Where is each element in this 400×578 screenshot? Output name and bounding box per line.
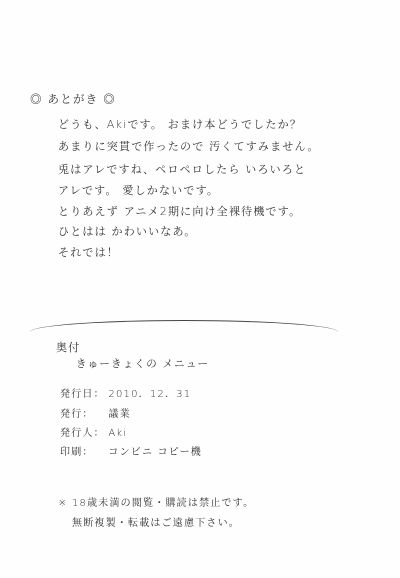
section-divider (30, 320, 338, 335)
info-label: 発行： (60, 405, 104, 420)
colophon-row-issuer: 発行人： Aki (60, 424, 127, 439)
book-title: きゅーきょくの メニュー (76, 356, 209, 371)
info-label: 印刷： (60, 443, 104, 458)
afterword-line: あまりに突貫で作ったので 汚くてすみません。 (58, 138, 320, 154)
copyright-notice: 無断複製・転載はご遠慮下さい。 (72, 514, 240, 529)
colophon-row-printing: 印刷： コンビニ コピー機 (60, 443, 202, 458)
afterword-line: アレです。 愛しかないです。 (58, 182, 219, 198)
info-value: コンビニ コピー機 (108, 447, 202, 458)
info-value: 2010．12．31 (108, 389, 191, 400)
afterword-line: ひとはは かわいいなあ。 (58, 223, 196, 239)
afterword-line: とりあえず アニメ2期に向け全裸待機です。 (58, 203, 301, 219)
info-label: 発行人： (60, 424, 104, 439)
colophon-row-publisher: 発行： 議業 (60, 405, 131, 420)
colophon-row-date: 発行日： 2010．12．31 (60, 385, 191, 400)
info-label: 発行日： (60, 385, 104, 400)
age-restriction-notice: ※ 18歳未満の閲覧・購読は禁止です。 (58, 494, 254, 509)
colophon-title: 奥付 (56, 339, 80, 355)
afterword-line: 兎はアレですね、ペロペロしたら いろいろと (58, 161, 306, 177)
afterword-line: どうも、Akiです。 おまけ本どうでしたか？ (58, 116, 302, 132)
afterword-line: それでは！ (58, 244, 119, 260)
info-value: 議業 (108, 409, 130, 420)
info-value: Aki (108, 428, 127, 439)
scanned-page: ◎ あとがき ◎ どうも、Akiです。 おまけ本どうでしたか？ あまりに突貫で作… (0, 0, 400, 578)
afterword-heading: ◎ あとがき ◎ (30, 91, 116, 107)
